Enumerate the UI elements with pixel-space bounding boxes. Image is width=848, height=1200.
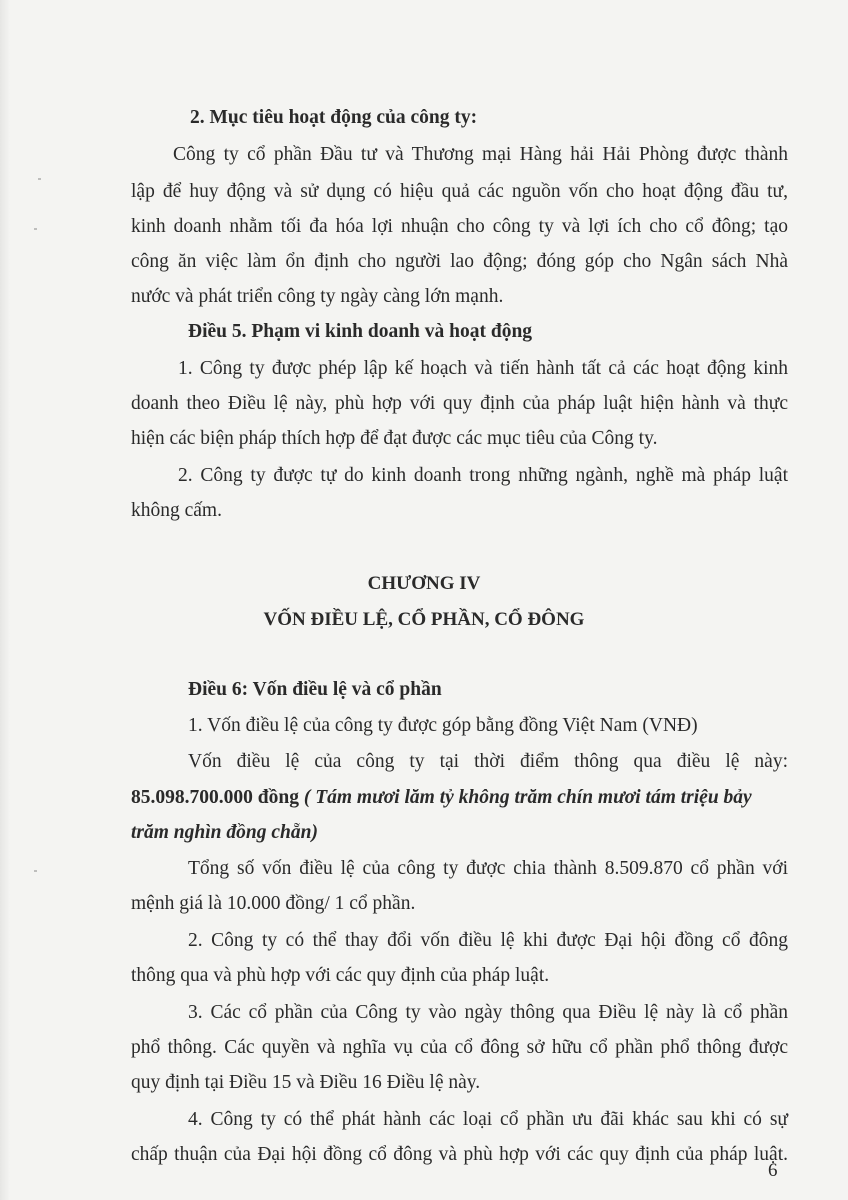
paragraph-line: thông qua và phù hợp với các quy định củ… [131,964,549,988]
document-page: 2. Mục tiêu hoạt động của công ty: Công … [0,0,848,1200]
article-6-heading: Điều 6: Vốn điều lệ và cổ phần [188,678,442,702]
paragraph-line: 1. Công ty được phép lập kế hoạch và tiế… [178,357,788,381]
paragraph-line: hiện các biện pháp thích hợp để đạt được… [131,427,657,451]
paragraph-line: 4. Công ty có thể phát hành các loại cổ … [188,1108,788,1132]
chapter-subtitle: VỐN ĐIỀU LỆ, CỔ PHẦN, CỔ ĐÔNG [0,608,848,632]
paragraph-line: Vốn điều lệ của công ty tại thời điểm th… [188,750,788,774]
paragraph-line: 2. Công ty có thể thay đổi vốn điều lệ k… [188,929,788,953]
paragraph-line: kinh doanh nhằm tối đa hóa lợi nhuận cho… [131,215,788,239]
paragraph-line: nước và phát triển công ty ngày càng lớn… [131,285,503,309]
scan-speck [34,870,37,872]
chapter-title: CHƯƠNG IV [0,572,848,596]
capital-line: 85.098.700.000 đồng ( Tám mươi lăm tỷ kh… [131,786,788,810]
paragraph-line: mệnh giá là 10.000 đồng/ 1 cổ phần. [131,892,415,916]
paragraph-line: doanh theo Điều lệ này, phù hợp với quy … [131,392,788,416]
paragraph-line: không cấm. [131,499,222,523]
paragraph-line: công ăn việc làm ổn định cho người lao đ… [131,250,788,274]
capital-amount: 85.098.700.000 đồng [131,787,299,808]
paragraph-line: lập để huy động và sử dụng có hiệu quả c… [131,180,788,204]
scan-speck [38,178,41,180]
paragraph-line: chấp thuận của Đại hội đồng cổ đông và p… [131,1143,788,1167]
article-5-heading: Điều 5. Phạm vi kinh doanh và hoạt động [188,320,532,344]
paragraph-line: Công ty cổ phần Đầu tư và Thương mại Hàn… [173,143,788,167]
paragraph-line: Tổng số vốn điều lệ của công ty được chi… [188,857,788,881]
scan-speck [34,228,37,230]
paragraph-line: 2. Công ty được tự do kinh doanh trong n… [178,464,788,488]
section-2-heading: 2. Mục tiêu hoạt động của công ty: [190,106,477,130]
paragraph-line: quy định tại Điều 15 và Điều 16 Điều lệ … [131,1071,480,1095]
paragraph-line: 3. Các cổ phần của Công ty vào ngày thôn… [188,1001,788,1025]
paragraph-line: phổ thông. Các quyền và nghĩa vụ của cổ … [131,1036,788,1060]
page-number: 6 [768,1160,778,1182]
paragraph-line: 1. Vốn điều lệ của công ty được góp bằng… [188,714,698,738]
capital-words-cont: trăm nghìn đồng chẵn) [131,821,318,845]
capital-words: ( Tám mươi lăm tỷ không trăm chín mươi t… [299,787,752,808]
